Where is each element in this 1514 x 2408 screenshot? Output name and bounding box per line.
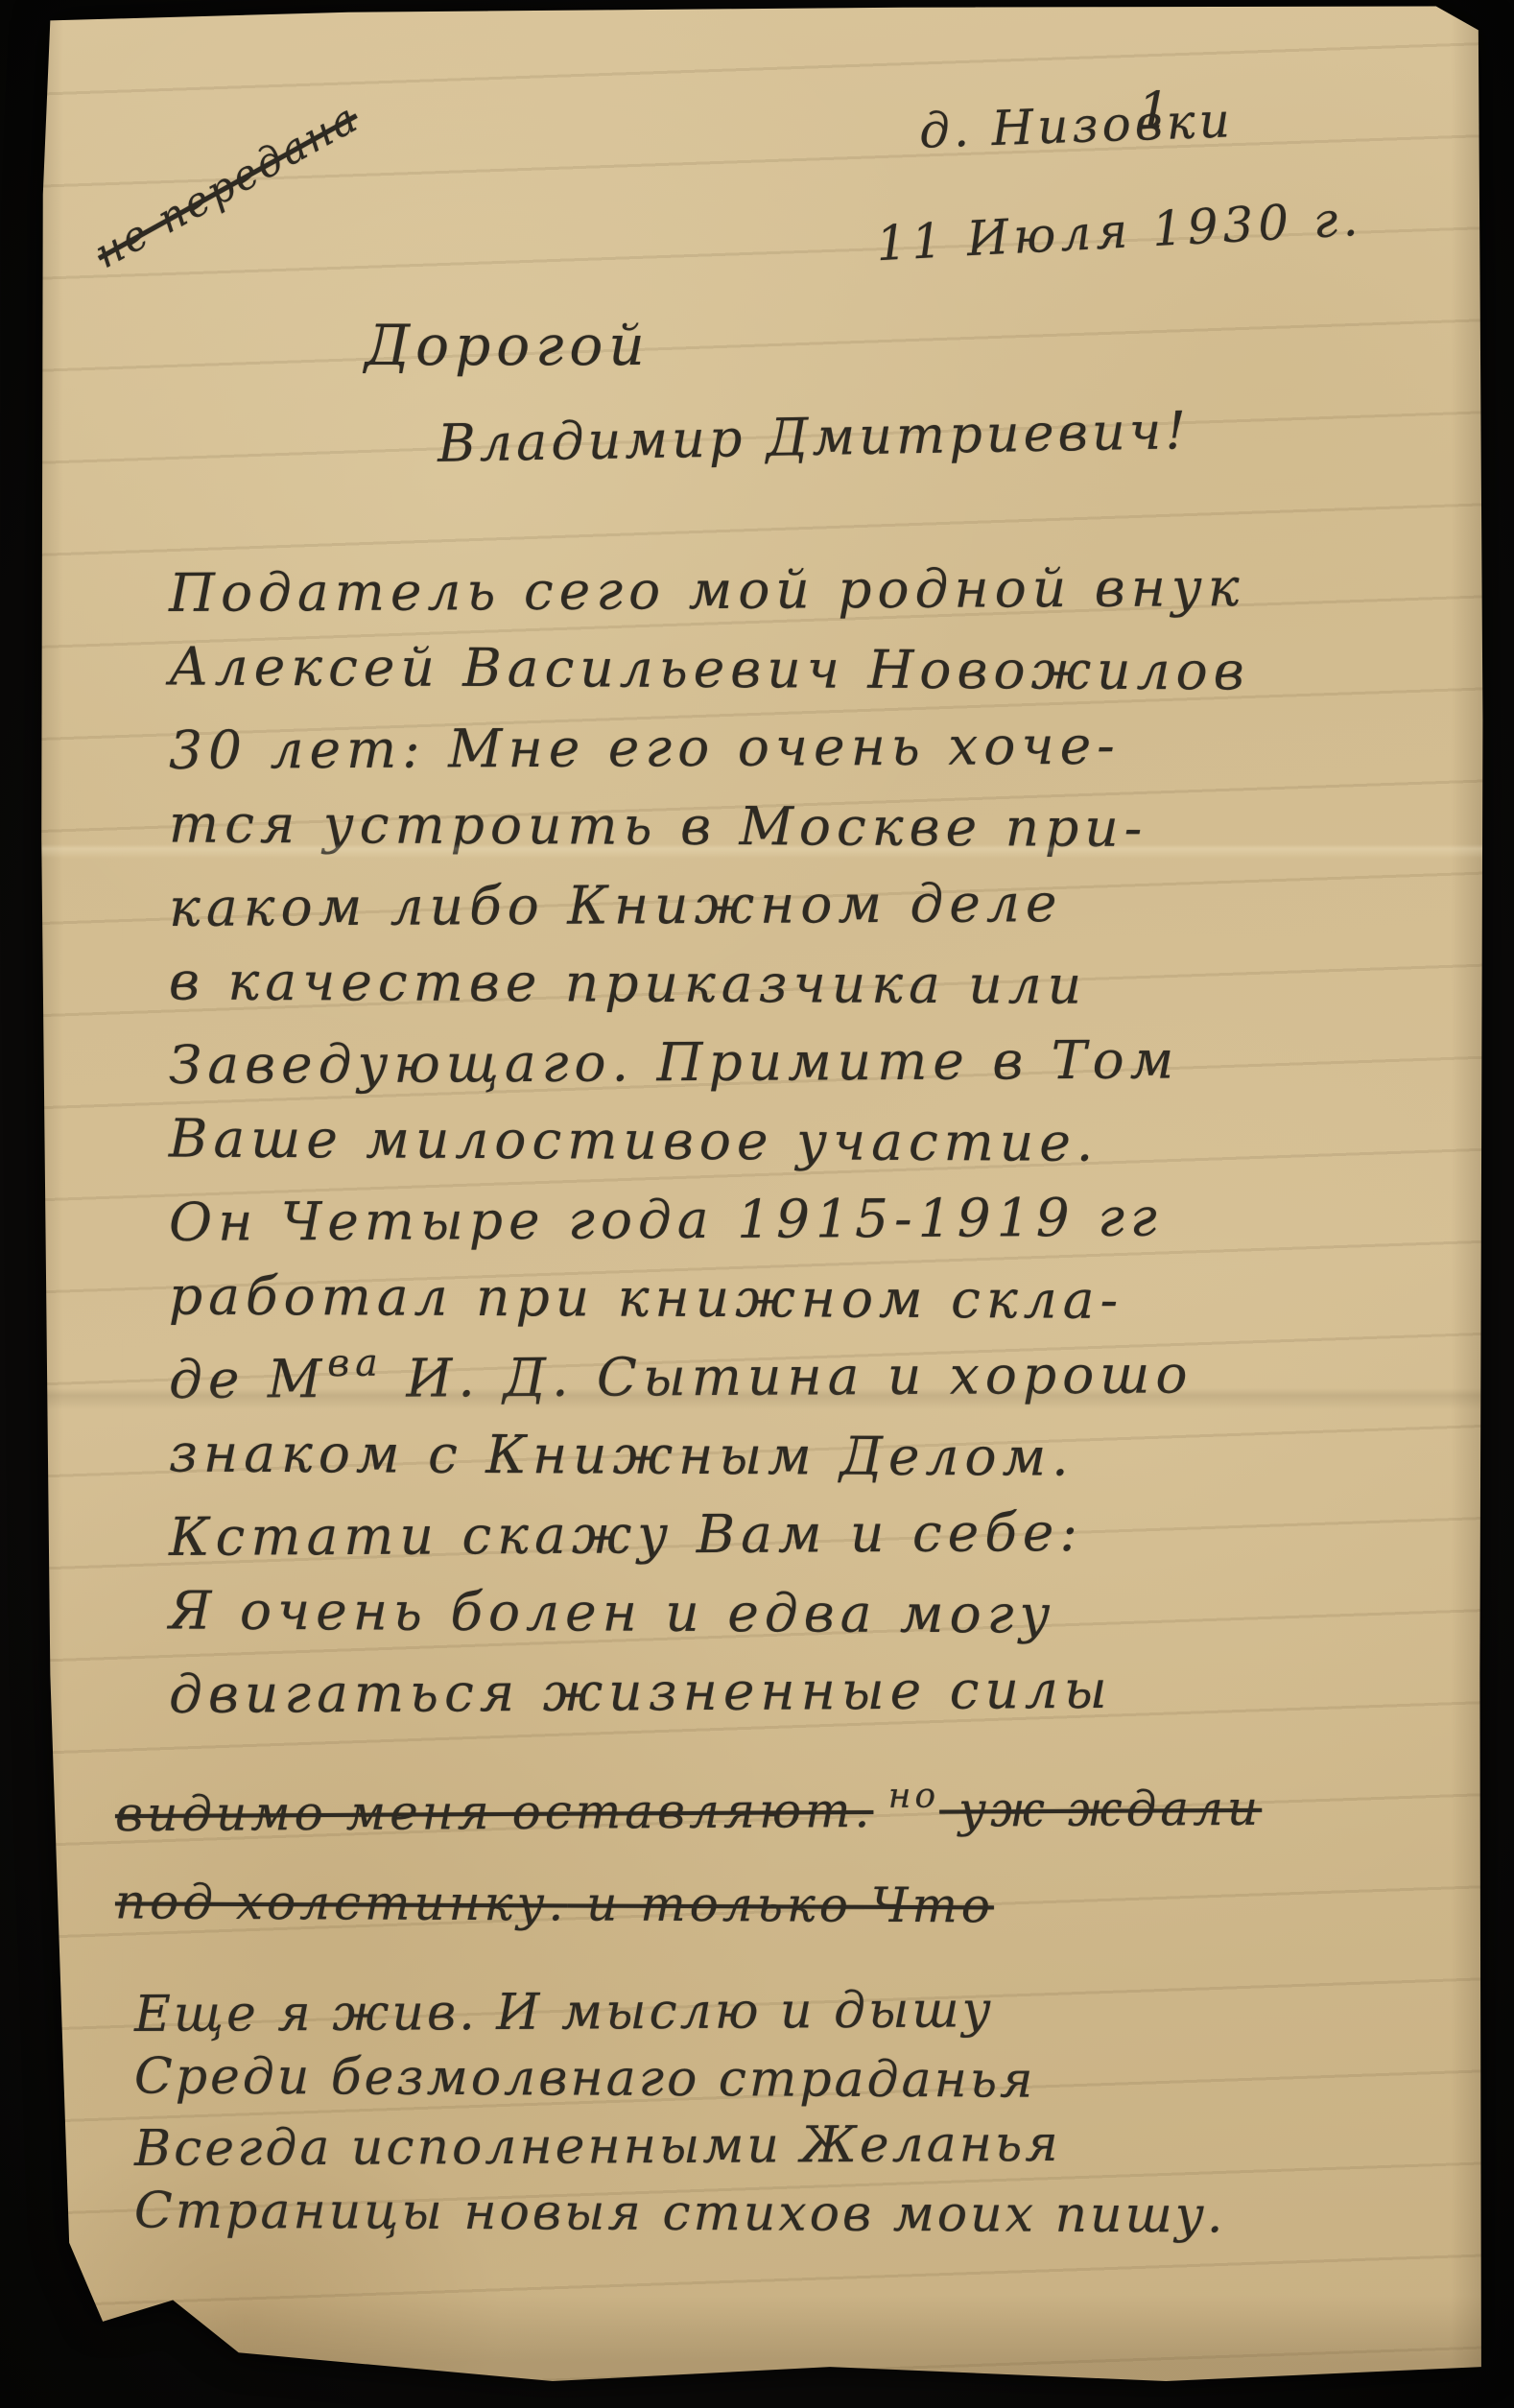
crossed-out-corner-note: не передана xyxy=(86,93,367,277)
letter-line: видимо меня оставляют. но уж ждали xyxy=(115,1762,1263,1861)
letter-line: Податель сего мой родной внук xyxy=(169,548,1250,632)
page-number: 1 xyxy=(1138,83,1170,140)
letter-sheet: 1 д. Низовки 11 Июля 1930 г. не передана… xyxy=(27,4,1487,2391)
letter-text: Алексей Васильевич Новожилов xyxy=(169,636,1250,702)
letter-text: каком либо Книжном деле xyxy=(169,872,1063,938)
struck-text: уж ждали xyxy=(939,1781,1262,1838)
letter-text: двигаться жизненные силы xyxy=(169,1659,1113,1725)
letter-line: каком либо Книжном деле xyxy=(169,862,1250,947)
letter-text: тся устроить в Москве при- xyxy=(169,793,1148,859)
letter-crossed-out-lines: видимо меня оставляют. но уж ждалипод хо… xyxy=(115,1765,1262,1951)
letter-text: в качестве приказчика или xyxy=(169,951,1087,1016)
letter-line: Он Четыре года 1915-1919 гг xyxy=(169,1177,1250,1262)
letter-text: Всегда исполненными Желанья xyxy=(134,2115,1061,2178)
letter-line: 30 лет: Мне его очень хоче- xyxy=(169,705,1250,790)
letter-poem: Еще я жив. И мыслю и дышуСреди безмолвна… xyxy=(134,1978,1225,2247)
heading-date: 11 Июля 1930 г. xyxy=(875,191,1364,271)
letter-line: в качестве приказчика или xyxy=(169,942,1250,1026)
letter-line: Заведующаго. Примите в Том xyxy=(169,1020,1250,1104)
letter-line: Среди безмолвнаго страданья xyxy=(134,2043,1226,2115)
letter-line: двигаться жизненные силы xyxy=(169,1649,1250,1734)
salutation-line-1: Дорогой xyxy=(365,313,651,378)
letter-line: Страницы новыя стихов моих пишу. xyxy=(134,2178,1226,2250)
letter-text: знаком с Книжным Делом. xyxy=(169,1423,1075,1488)
salutation-line-2: Владимир Дмитриевич! xyxy=(438,400,1191,474)
letter-line: Еще я жив. И мыслю и дышу xyxy=(134,1975,1226,2048)
letter-line: Всегда исполненными Желанья xyxy=(134,2110,1226,2183)
letter-text: работал при книжном скла- xyxy=(169,1265,1124,1331)
letter-text: Заведующаго. Примите в Том xyxy=(169,1028,1180,1096)
letter-text: Я очень болен и едва могу xyxy=(169,1580,1056,1645)
letter-line: под холстинку. и только Что xyxy=(115,1855,1263,1953)
letter-line: де Мва И. Д. Сытина и хорошо xyxy=(169,1334,1250,1419)
letter-body-paragraph: Податель сего мой родной внукАлексей Вас… xyxy=(169,551,1250,1731)
superscript-text: но xyxy=(873,1777,939,1816)
letter-text: де М xyxy=(169,1348,328,1410)
letter-text: Среди безмолвнаго страданья xyxy=(134,2048,1036,2110)
letter-text: 30 лет: Мне его очень хоче- xyxy=(169,715,1121,781)
letter-text: И. Д. Сытина и хорошо xyxy=(384,1343,1194,1408)
letter-text: Ваше милостивое участие. xyxy=(169,1108,1100,1173)
letter-line: Я очень болен и едва могу xyxy=(169,1571,1250,1655)
letter-text: Податель сего мой родной внук xyxy=(169,556,1245,624)
letter-line: Кстати скажу Вам и себе: xyxy=(169,1492,1250,1576)
letter-line: тся устроить в Москве при- xyxy=(169,785,1250,868)
letter-line: Алексей Васильевич Новожилов xyxy=(169,627,1250,711)
letter-line: Ваше милостивое участие. xyxy=(169,1099,1250,1183)
letter-line: знаком с Книжным Делом. xyxy=(169,1414,1250,1498)
letter-text: Он Четыре года 1915-1919 гг xyxy=(169,1187,1163,1253)
letter-line: работал при книжном скла- xyxy=(169,1257,1250,1340)
paper-surface: 1 д. Низовки 11 Июля 1930 г. не передана… xyxy=(27,4,1487,2391)
superscript-text: ва xyxy=(327,1341,384,1385)
heading-place: д. Низовки xyxy=(918,92,1235,158)
struck-text: видимо меня оставляют. xyxy=(115,1782,874,1842)
letter-text: Кстати скажу Вам и себе: xyxy=(169,1501,1083,1568)
struck-text: под холстинку. xyxy=(115,1874,568,1931)
letter-text: Страницы новыя стихов моих пишу. xyxy=(134,2183,1226,2245)
letter-text: Еще я жив. И мыслю и дышу xyxy=(134,1981,994,2043)
struck-text: и только Что xyxy=(567,1876,994,1933)
